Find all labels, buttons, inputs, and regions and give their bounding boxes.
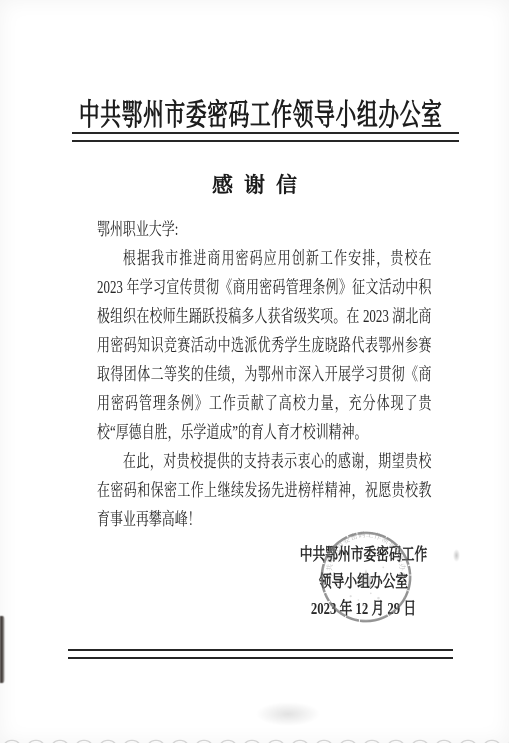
document-title: 感谢信 [0,169,509,199]
seal-arc-text: 中共鄂州市委密码工作领导小组办公室 [318,529,407,580]
body-paragraph-1: 根据我市推进商用密码应用创新工作安排，贵校在 2023 年学习宣传贯彻《商用密码… [97,244,431,447]
scan-speck [453,549,460,562]
scanned-letter-page: 中共鄂州市委密码工作领导小组办公室 感谢信 鄂州职业大学: 根据我市推进商用密码… [0,0,509,743]
star-icon [356,569,376,588]
scan-smudge [256,702,320,726]
footer-rule [68,649,453,659]
letter-body: 鄂州职业大学: 根据我市推进商用密码应用创新工作安排，贵校在 2023 年学习宣… [97,215,431,534]
svg-text:中共鄂州市委密码工作领导小组办公室: 中共鄂州市委密码工作领导小组办公室 [318,529,407,580]
scan-edge-artifact [0,616,5,683]
official-seal: 中共鄂州市委密码工作领导小组办公室 [318,529,414,625]
salutation: 鄂州职业大学: [97,215,431,244]
body-paragraph-2: 在此，对贵校提供的支持表示衷心的感谢，期望贵校在密码和保密工作上继续发扬先进榜样… [97,447,431,534]
scan-bottom-edge-pattern [0,734,509,743]
letterhead-divider-rule [72,132,459,142]
letterhead-title: 中共鄂州市委密码工作领导小组办公室 [79,90,430,134]
